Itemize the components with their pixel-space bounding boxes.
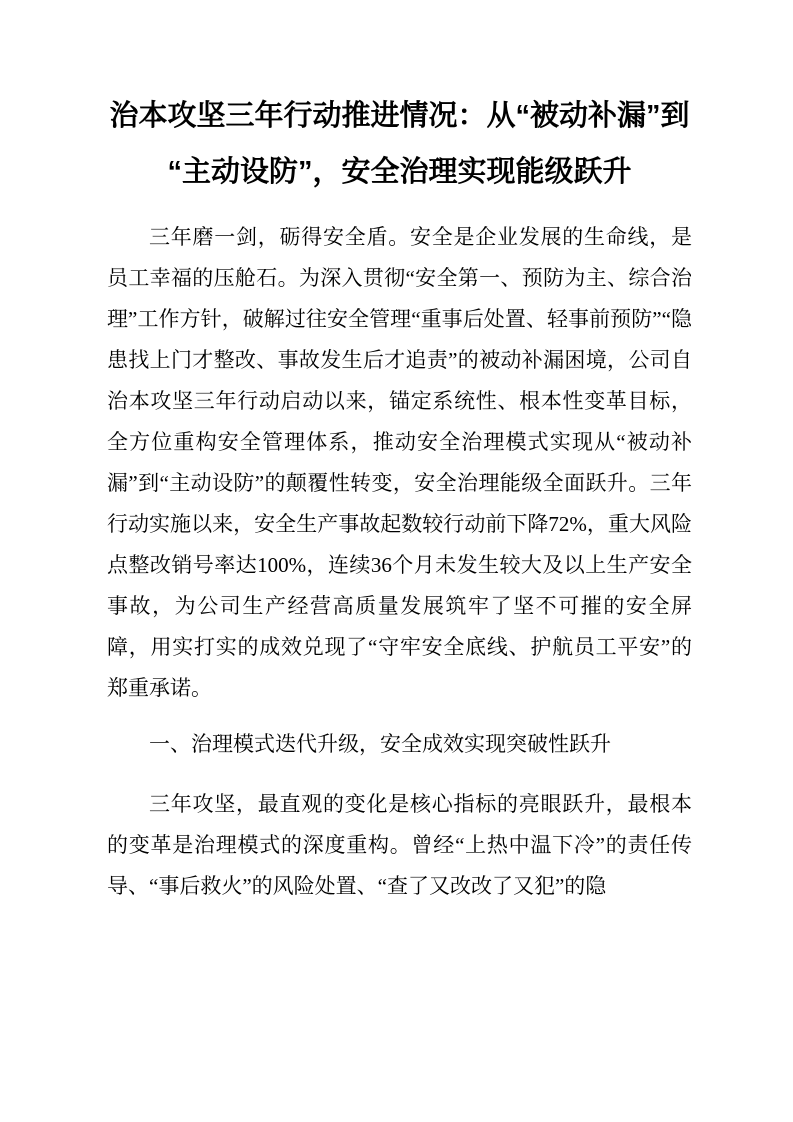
section-heading-1: 一、治理模式迭代升级，安全成效实现突破性跃升: [107, 724, 692, 765]
document-title: 治本攻坚三年行动推进情况：从“被动补漏”到“主动设防”，安全治理实现能级跃升: [107, 88, 692, 200]
paragraph-intro: 三年磨一剑，砺得安全盾。安全是企业发展的生命线，是员工幸福的压舱石。为深入贯彻“…: [107, 217, 692, 709]
paragraph-section-1: 三年攻坚，最直观的变化是核心指标的亮眼跃升，最根本的变革是治理模式的深度重构。曾…: [107, 784, 692, 907]
document-page: 治本攻坚三年行动推进情况：从“被动补漏”到“主动设防”，安全治理实现能级跃升 三…: [0, 0, 793, 1122]
